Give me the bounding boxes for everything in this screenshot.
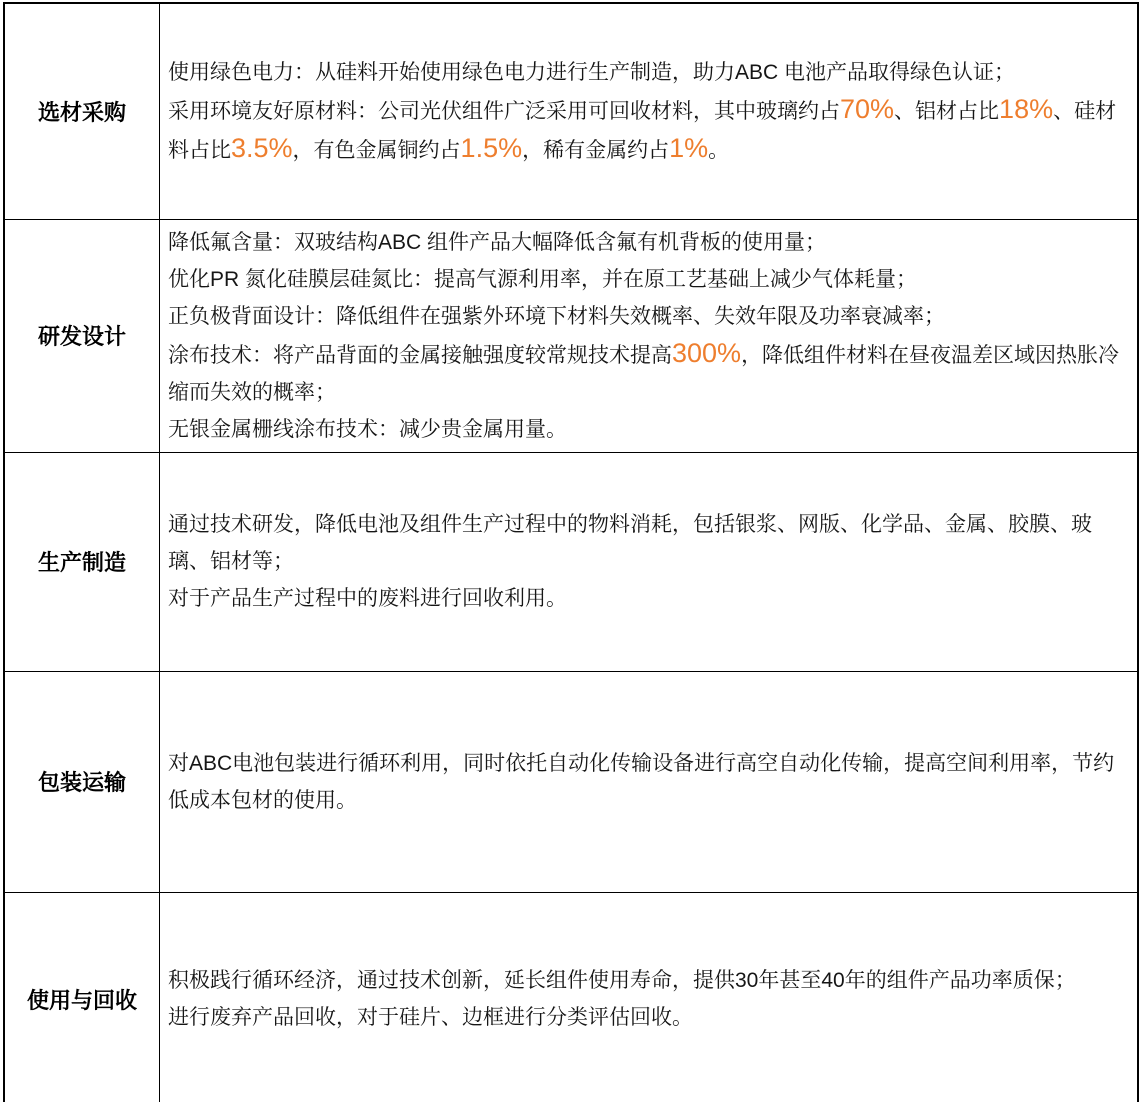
- text-segment: 。: [708, 139, 729, 162]
- text-segment: ，稀有金属约占: [522, 139, 669, 162]
- detail-paragraph: 采用环境友好原材料：公司光伏组件广泛采用可回收材料，其中玻璃约占70%、铝材占比…: [168, 91, 1127, 169]
- detail-paragraph: 进行废弃产品回收，对于硅片、边框进行分类评估回收。: [168, 999, 1127, 1036]
- table-body: 选材采购 使用绿色电力：从硅料开始使用绿色电力进行生产制造，助力ABC 电池产品…: [4, 3, 1138, 1102]
- highlight-percentage: 300%: [672, 338, 741, 368]
- text-segment: 对ABC电池包装进行循环利用，同时依托自动化传输设备进行高空自动化传输，提高空间…: [168, 752, 1114, 812]
- highlight-percentage: 70%: [840, 94, 894, 124]
- detail-paragraph: 涂布技术：将产品背面的金属接触强度较常规技术提高300%，降低组件材料在昼夜温差…: [168, 335, 1127, 411]
- stage-header-cell: 生产制造: [4, 452, 160, 671]
- text-segment: 通过技术研发，降低电池及组件生产过程中的物料消耗，包括银浆、网版、化学品、金属、…: [168, 513, 1092, 573]
- text-segment: 使用绿色电力：从硅料开始使用绿色电力进行生产制造，助力ABC 电池产品取得绿色认…: [168, 61, 1015, 84]
- text-segment: 正负极背面设计：降低组件在强紫外环境下材料失效概率、失效年限及功率衰减率；: [168, 305, 945, 328]
- detail-paragraph: 正负极背面设计：降低组件在强紫外环境下材料失效概率、失效年限及功率衰减率；: [168, 298, 1127, 335]
- detail-paragraph: 降低氟含量：双玻结构ABC 组件产品大幅降低含氟有机背板的使用量；: [168, 224, 1127, 261]
- table-row: 包装运输 对ABC电池包装进行循环利用，同时依托自动化传输设备进行高空自动化传输…: [4, 671, 1138, 892]
- text-segment: 采用环境友好原材料：公司光伏组件广泛采用可回收材料，其中玻璃约占: [168, 100, 840, 123]
- detail-paragraph: 使用绿色电力：从硅料开始使用绿色电力进行生产制造，助力ABC 电池产品取得绿色认…: [168, 54, 1127, 91]
- detail-paragraph: 无银金属栅线涂布技术：减少贵金属用量。: [168, 411, 1127, 448]
- table-row: 研发设计 降低氟含量：双玻结构ABC 组件产品大幅降低含氟有机背板的使用量；优化…: [4, 219, 1138, 452]
- text-segment: ，有色金属铜约占: [293, 139, 461, 162]
- stage-detail-cell: 通过技术研发，降低电池及组件生产过程中的物料消耗，包括银浆、网版、化学品、金属、…: [160, 452, 1139, 671]
- detail-paragraph: 对ABC电池包装进行循环利用，同时依托自动化传输设备进行高空自动化传输，提高空间…: [168, 745, 1127, 819]
- table-row: 选材采购 使用绿色电力：从硅料开始使用绿色电力进行生产制造，助力ABC 电池产品…: [4, 3, 1138, 219]
- stage-header-cell: 选材采购: [4, 3, 160, 219]
- stage-header-cell: 研发设计: [4, 219, 160, 452]
- detail-paragraph: 优化PR 氮化硅膜层硅氮比：提高气源利用率，并在原工艺基础上减少气体耗量；: [168, 261, 1127, 298]
- highlight-percentage: 1%: [669, 133, 708, 163]
- text-segment: 降低氟含量：双玻结构ABC 组件产品大幅降低含氟有机背板的使用量；: [168, 231, 826, 254]
- table-row: 使用与回收 积极践行循环经济，通过技术创新，延长组件使用寿命，提供30年甚至40…: [4, 892, 1138, 1102]
- stage-detail-cell: 使用绿色电力：从硅料开始使用绿色电力进行生产制造，助力ABC 电池产品取得绿色认…: [160, 3, 1139, 219]
- text-segment: 、铝材占比: [894, 100, 999, 123]
- lifecycle-sustainability-table: 选材采购 使用绿色电力：从硅料开始使用绿色电力进行生产制造，助力ABC 电池产品…: [3, 2, 1139, 1102]
- table-row: 生产制造 通过技术研发，降低电池及组件生产过程中的物料消耗，包括银浆、网版、化学…: [4, 452, 1138, 671]
- text-segment: 积极践行循环经济，通过技术创新，延长组件使用寿命，提供30年甚至40年的组件产品…: [168, 969, 1076, 992]
- stage-header-cell: 使用与回收: [4, 892, 160, 1102]
- text-segment: 进行废弃产品回收，对于硅片、边框进行分类评估回收。: [168, 1006, 693, 1029]
- stage-detail-cell: 积极践行循环经济，通过技术创新，延长组件使用寿命，提供30年甚至40年的组件产品…: [160, 892, 1139, 1102]
- stage-detail-cell: 降低氟含量：双玻结构ABC 组件产品大幅降低含氟有机背板的使用量；优化PR 氮化…: [160, 219, 1139, 452]
- detail-paragraph: 积极践行循环经济，通过技术创新，延长组件使用寿命，提供30年甚至40年的组件产品…: [168, 962, 1127, 999]
- detail-paragraph: 对于产品生产过程中的废料进行回收利用。: [168, 580, 1127, 617]
- text-segment: 无银金属栅线涂布技术：减少贵金属用量。: [168, 418, 567, 441]
- text-segment: 优化PR 氮化硅膜层硅氮比：提高气源利用率，并在原工艺基础上减少气体耗量；: [168, 268, 917, 291]
- highlight-percentage: 18%: [999, 94, 1053, 124]
- highlight-percentage: 3.5%: [231, 133, 293, 163]
- highlight-percentage: 1.5%: [461, 133, 523, 163]
- stage-detail-cell: 对ABC电池包装进行循环利用，同时依托自动化传输设备进行高空自动化传输，提高空间…: [160, 671, 1139, 892]
- text-segment: 涂布技术：将产品背面的金属接触强度较常规技术提高: [168, 344, 672, 367]
- detail-paragraph: 通过技术研发，降低电池及组件生产过程中的物料消耗，包括银浆、网版、化学品、金属、…: [168, 506, 1127, 580]
- stage-header-cell: 包装运输: [4, 671, 160, 892]
- text-segment: 对于产品生产过程中的废料进行回收利用。: [168, 587, 567, 610]
